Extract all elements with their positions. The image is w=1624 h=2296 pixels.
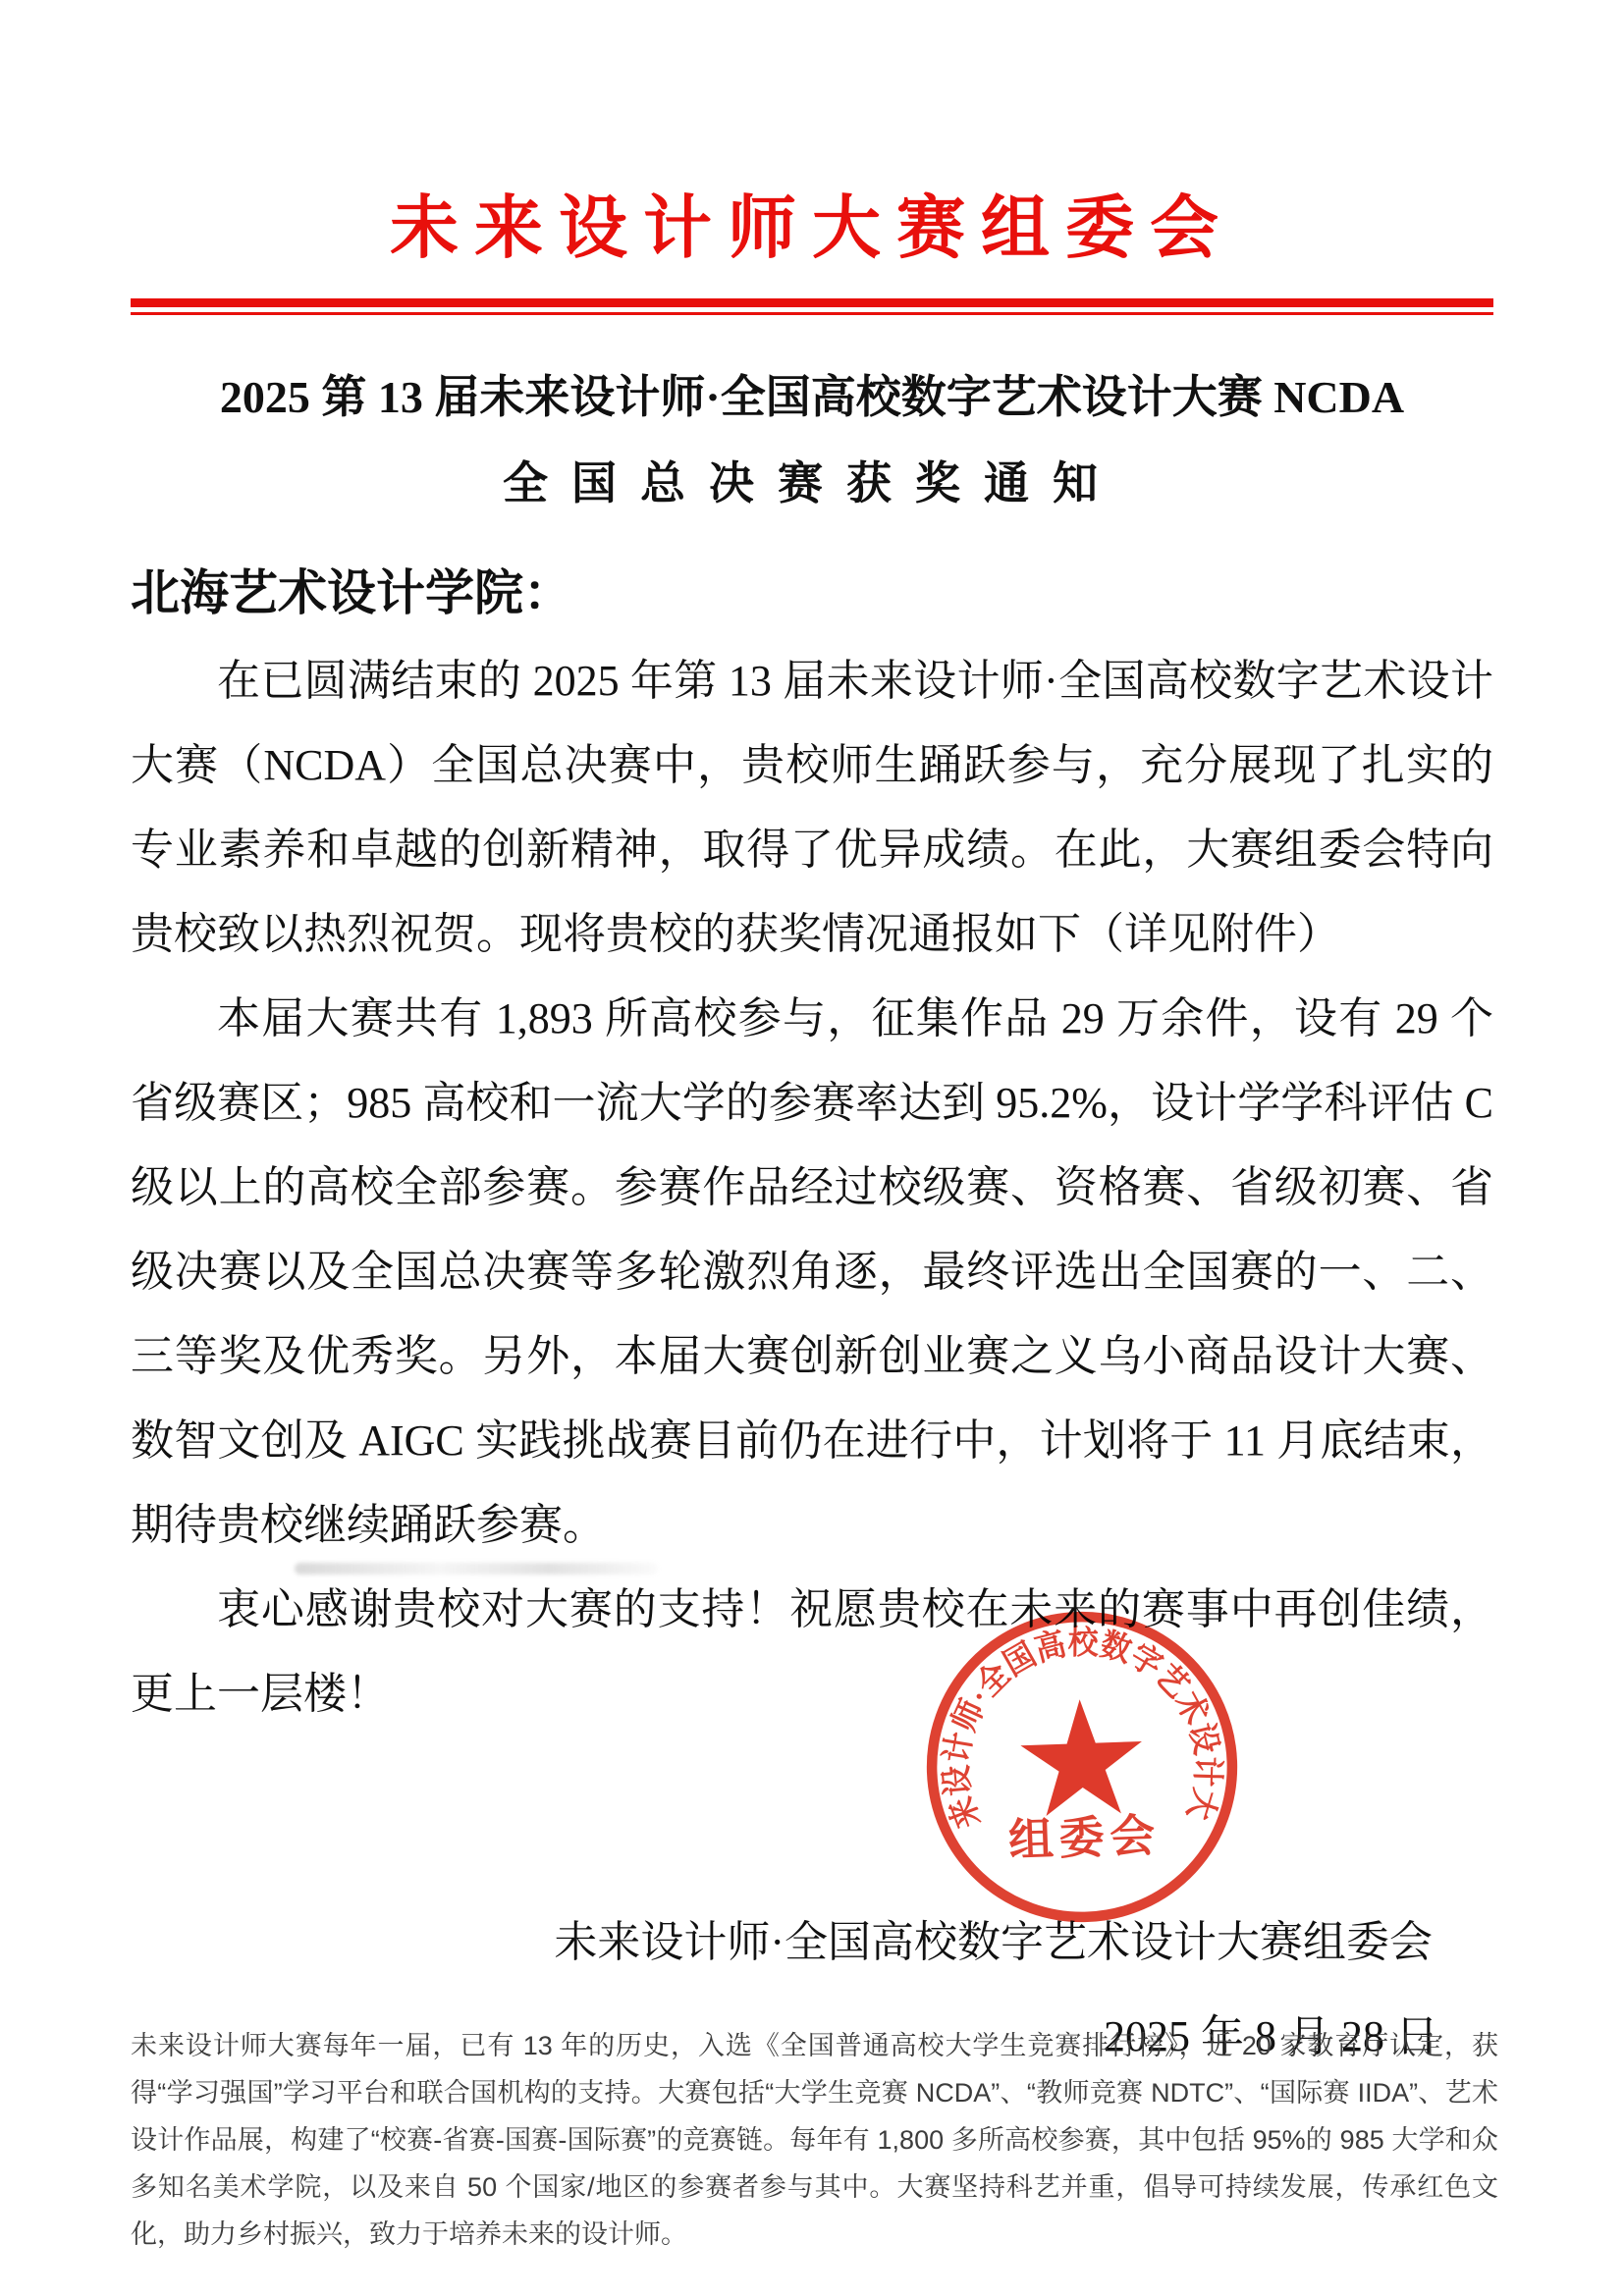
body-paragraph-2: 本届大赛共有 1,893 所高校参与，征集作品 29 万余件，设有 29 个省级…: [131, 977, 1493, 1568]
award-notice-page: 未来设计师大赛组委会 2025 第 13 届未来设计师·全国高校数字艺术设计大赛…: [0, 0, 1624, 2296]
salutation: 北海艺术设计学院：: [131, 562, 1493, 623]
page-content: 未来设计师大赛组委会 2025 第 13 届未来设计师·全国高校数字艺术设计大赛…: [0, 0, 1624, 2064]
document-title-line1: 2025 第 13 届未来设计师·全国高校数字艺术设计大赛 NCDA: [131, 370, 1493, 425]
signature-org-line: 未来设计师·全国高校数字艺术设计大赛组委会: [131, 1915, 1493, 1970]
letterhead-rule-thick: [131, 298, 1493, 307]
footer-about-text: 未来设计师大赛每年一届，已有 13 年的历史，入选《全国普通高校大学生竞赛排行榜…: [131, 2022, 1498, 2258]
scan-smudge-artifact: [295, 1563, 658, 1575]
letterhead-rule-thin: [131, 312, 1493, 315]
body-paragraph-3: 衷心感谢贵校对大赛的支持！祝愿贵校在未来的赛事中再创佳绩，更上一层楼！: [131, 1568, 1493, 1736]
red-star-icon: [1019, 1697, 1145, 1817]
stamp-center-text: 组委会: [1007, 1810, 1161, 1865]
document-title-line2: 全国总决赛获奖通知: [131, 456, 1493, 511]
letterhead-org-title: 未来设计师大赛组委会: [131, 0, 1493, 271]
official-seal-stamp: 未来设计师·全国高校数字艺术设计大赛 组委会: [907, 1592, 1257, 1942]
body-paragraph-1: 在已圆满结束的 2025 年第 13 届未来设计师·全国高校数字艺术设计大赛（N…: [131, 639, 1493, 977]
